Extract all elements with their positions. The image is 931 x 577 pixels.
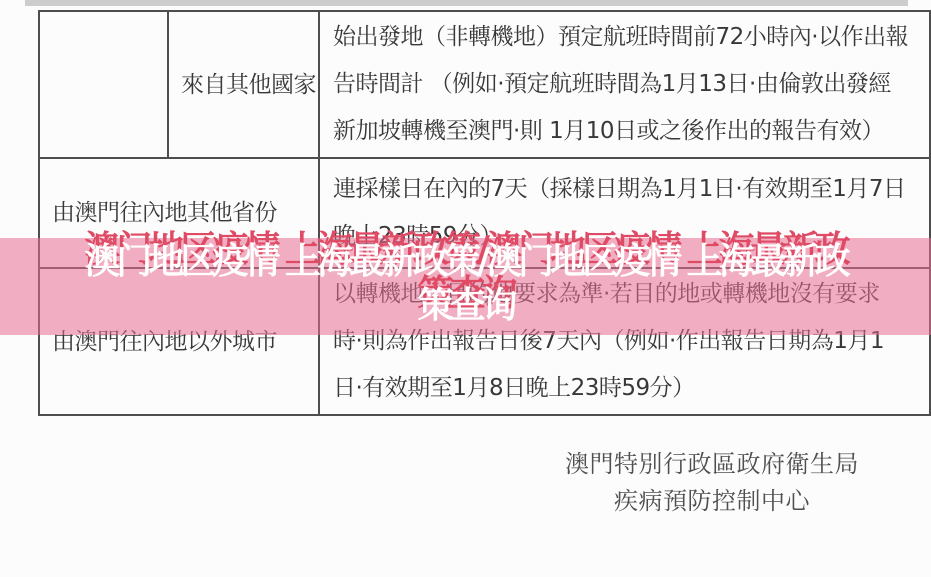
detail-cell-other-countries: 始出發地（非轉機地）預定航班時間前72小時內·以作出報 告時間計 （例如·預定航… <box>319 11 930 158</box>
top-edge-strip <box>25 0 908 6</box>
promo-overlay-text: 澳门地区疫情 上海最新政策/澳门地区疫情 上海最新政 策查询 <box>26 240 906 328</box>
test-validity-table: 來自其他國家 始出發地（非轉機地）預定航班時間前72小時內·以作出報 告時間計 … <box>38 10 931 416</box>
signature-line-health-bureau: 澳門特別行政區政府衛生局 <box>565 446 859 483</box>
table-row-other-countries: 來自其他國家 始出發地（非轉機地）預定航班時間前72小時內·以作出報 告時間計 … <box>39 11 930 158</box>
signature-block: 澳門特別行政區政府衛生局 疾病預防控制中心 <box>565 446 859 520</box>
empty-category-cell <box>39 11 168 158</box>
promo-overlay-band: 澳门地区疫情 上海最新政策/澳门地区疫情 上海最新政 策查询 <box>0 238 931 335</box>
signature-line-cdc: 疾病預防控制中心 <box>565 483 859 520</box>
document-canvas: 來自其他國家 始出發地（非轉機地）預定航班時間前72小時內·以作出報 告時間計 … <box>0 0 931 577</box>
origin-cell-other-countries: 來自其他國家 <box>168 11 319 158</box>
